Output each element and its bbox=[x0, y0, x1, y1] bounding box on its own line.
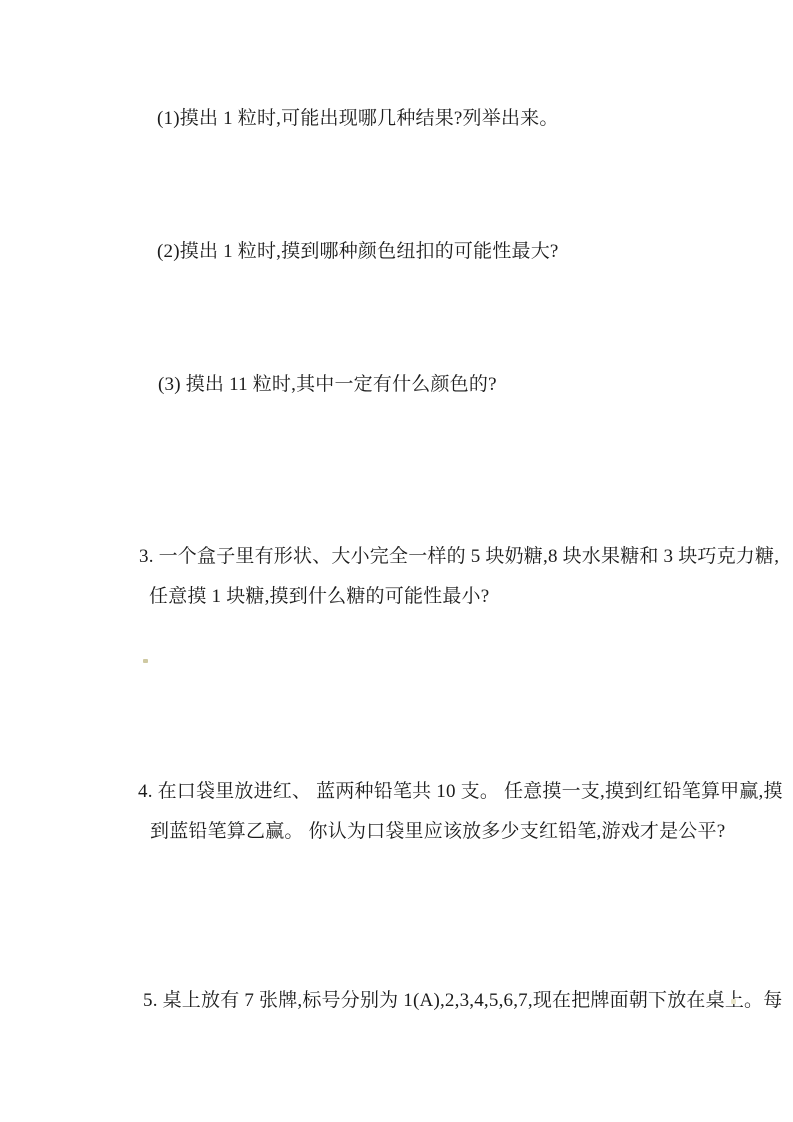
scan-speck bbox=[143, 659, 148, 663]
question-4-line-2: 到蓝铅笔算乙赢。 你认为口袋里应该放多少支红铅笔,游戏才是公平? bbox=[150, 821, 725, 842]
sub-question-1-text: 摸出 1 粒时,可能出现哪几种结果?列举出来。 bbox=[180, 108, 559, 129]
sub-question-2-number: (2) bbox=[157, 241, 180, 262]
worksheet-page: (1)摸出 1 粒时,可能出现哪几种结果?列举出来。 (2)摸出 1 粒时,摸到… bbox=[0, 0, 793, 1122]
sub-question-3-text: 摸出 11 粒时,其中一定有什么颜色的? bbox=[186, 374, 497, 395]
sub-question-1: (1)摸出 1 粒时,可能出现哪几种结果?列举出来。 bbox=[157, 108, 559, 129]
question-4-text-line-2: 到蓝铅笔算乙赢。 你认为口袋里应该放多少支红铅笔,游戏才是公平? bbox=[150, 821, 725, 842]
question-5-text-line-1: 桌上放有 7 张牌,标号分别为 1(A),2,3,4,5,6,7,现在把牌面朝下… bbox=[163, 990, 783, 1011]
sub-question-2-text: 摸出 1 粒时,摸到哪种颜色纽扣的可能性最大? bbox=[180, 241, 559, 262]
question-3-line-1: 3. 一个盒子里有形状、大小完全一样的 5 块奶糖,8 块水果糖和 3 块巧克力… bbox=[139, 546, 779, 567]
question-3-number: 3. bbox=[139, 546, 159, 567]
question-3-text-line-2: 任意摸 1 块糖,摸到什么糖的可能性最小? bbox=[149, 586, 489, 607]
question-4-text-line-1: 在口袋里放进红、 蓝两种铅笔共 10 支。 任意摸一支,摸到红铅笔算甲赢,摸 bbox=[158, 781, 783, 802]
sub-question-1-number: (1) bbox=[157, 108, 180, 129]
sub-question-3-number: (3) bbox=[158, 374, 186, 395]
question-3-text-line-1: 一个盒子里有形状、大小完全一样的 5 块奶糖,8 块水果糖和 3 块巧克力糖, bbox=[159, 546, 780, 567]
sub-question-3: (3) 摸出 11 粒时,其中一定有什么颜色的? bbox=[158, 374, 497, 395]
question-5-number: 5. bbox=[143, 990, 163, 1011]
question-5-line-1: 5. 桌上放有 7 张牌,标号分别为 1(A),2,3,4,5,6,7,现在把牌… bbox=[143, 990, 782, 1011]
question-4-number: 4. bbox=[138, 781, 158, 802]
scan-speck bbox=[731, 999, 736, 1004]
question-3-line-2: 任意摸 1 块糖,摸到什么糖的可能性最小? bbox=[149, 586, 489, 607]
sub-question-2: (2)摸出 1 粒时,摸到哪种颜色纽扣的可能性最大? bbox=[157, 241, 559, 262]
question-4-line-1: 4. 在口袋里放进红、 蓝两种铅笔共 10 支。 任意摸一支,摸到红铅笔算甲赢,… bbox=[138, 781, 783, 802]
